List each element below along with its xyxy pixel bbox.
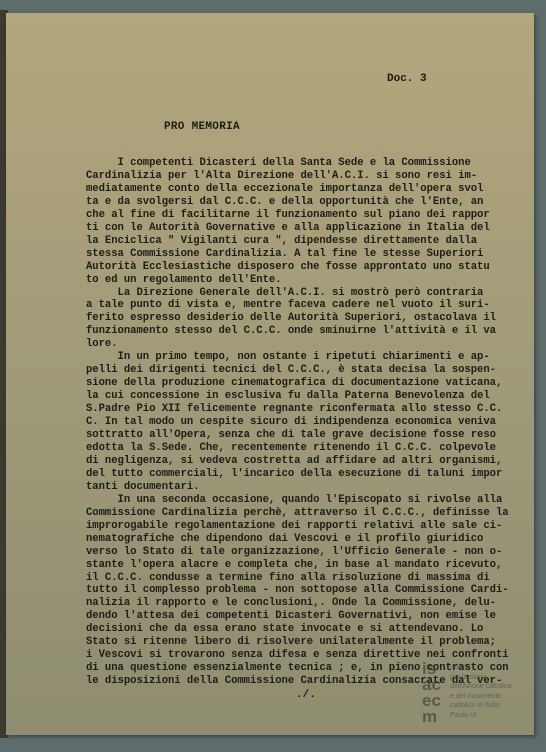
logo-letter: m	[422, 709, 446, 725]
text-line: Autorità Ecclesiastiche disposero che fo…	[86, 261, 531, 274]
text-line: S.Padre Pio XII felicemente regnante ric…	[86, 403, 531, 416]
text-line: dendo l'attesa dei competenti Dicasteri …	[86, 610, 531, 623]
text-line: che al fine di facilitarne il funzioname…	[86, 209, 531, 222]
watermark-line: cattolico in Italia	[450, 701, 511, 711]
text-line: verso lo Stato di tale organizzazione, l…	[86, 546, 531, 559]
text-line: lore.	[86, 338, 531, 351]
text-line: La Direzione Generale dell'A.C.I. si mos…	[86, 287, 531, 300]
isacem-logo-icon: is ac ec m	[422, 661, 446, 731]
text-line: Stato si ritenne libero di risolvere uni…	[86, 636, 531, 649]
text-line: In un primo tempo, non ostante i ripetut…	[86, 351, 531, 364]
text-line: edotta la S.Sede. Che, recentemente rite…	[86, 442, 531, 455]
document-page: Doc. 3 PRO MEMORIA I competenti Dicaster…	[6, 13, 534, 735]
document-title: PRO MEMORIA	[164, 121, 240, 133]
archive-watermark: is ac ec m istituto per la storia dell'A…	[422, 661, 532, 733]
text-line: ferito espresso desiderio delle Autorità…	[86, 312, 531, 325]
text-line: improrogabile regolamentazione dei rappo…	[86, 520, 531, 533]
text-line: sione della produzione cinematografica d…	[86, 377, 531, 390]
text-line: tanti documentari.	[86, 481, 531, 494]
watermark-line: dell'Azione cattolica	[450, 682, 511, 692]
text-line: stessa Commissione Cardinalizia. A tal f…	[86, 248, 531, 261]
text-line: il C.C.C. condusse a termine fino alla r…	[86, 572, 531, 585]
text-line: di negligenza, si vedeva costretta ad af…	[86, 455, 531, 468]
watermark-text: istituto per la storia dell'Azione catto…	[450, 663, 511, 720]
watermark-line: e del movimento	[450, 692, 511, 702]
watermark-line: istituto	[450, 663, 511, 673]
text-line: a tale punto di vista e, mentre faceva c…	[86, 299, 531, 312]
text-line: sottratto all'Opera, senza che di tale g…	[86, 429, 531, 442]
text-line: funzionamento stesso del C.C.C. onde smi…	[86, 325, 531, 338]
text-line: C. In tal modo un cespite sicuro di indi…	[86, 416, 531, 429]
text-line: pelli dei dirigenti tecnici del C.C.C., …	[86, 364, 531, 377]
text-line: Commissione Cardinalizia perchè, attrave…	[86, 507, 531, 520]
text-line: decisioni che da essa erano state invoca…	[86, 623, 531, 636]
text-line: to ed un regolamento dell'Ente.	[86, 274, 531, 287]
text-line: tutto il complesso problema - non sottop…	[86, 584, 531, 597]
text-line: In una seconda occasione, quando l'Episc…	[86, 494, 531, 507]
watermark-line: Paolo VI	[450, 711, 511, 721]
watermark-line: per la storia	[450, 673, 511, 683]
document-number: Doc. 3	[387, 73, 427, 85]
text-line: I competenti Dicasteri della Santa Sede …	[86, 157, 531, 170]
text-line: nematografiche che dipendono dai Vescovi…	[86, 533, 531, 546]
text-line: ta e da svolgersi dal C.C.C. e della opp…	[86, 196, 531, 209]
text-line: Cardinalizia per l'Alta Direzione dell'A…	[86, 170, 531, 183]
document-body: I competenti Dicasteri della Santa Sede …	[86, 157, 531, 688]
text-line: nalizia il rapporto e le conclusioni,. O…	[86, 597, 531, 610]
text-line: mediatamente conto della eccezionale imp…	[86, 183, 531, 196]
text-line: stante l'opera alacre e completa che, in…	[86, 559, 531, 572]
text-line: la cui concessione in esclusiva fu dalla…	[86, 390, 531, 403]
continuation-mark: ./.	[296, 689, 316, 701]
text-line: del tutto commerciali, l'incarico della …	[86, 468, 531, 481]
text-line: la Enciclica " Vigilanti cura ", dipende…	[86, 235, 531, 248]
text-line: ti con le Autorità Governative e alla ap…	[86, 222, 531, 235]
